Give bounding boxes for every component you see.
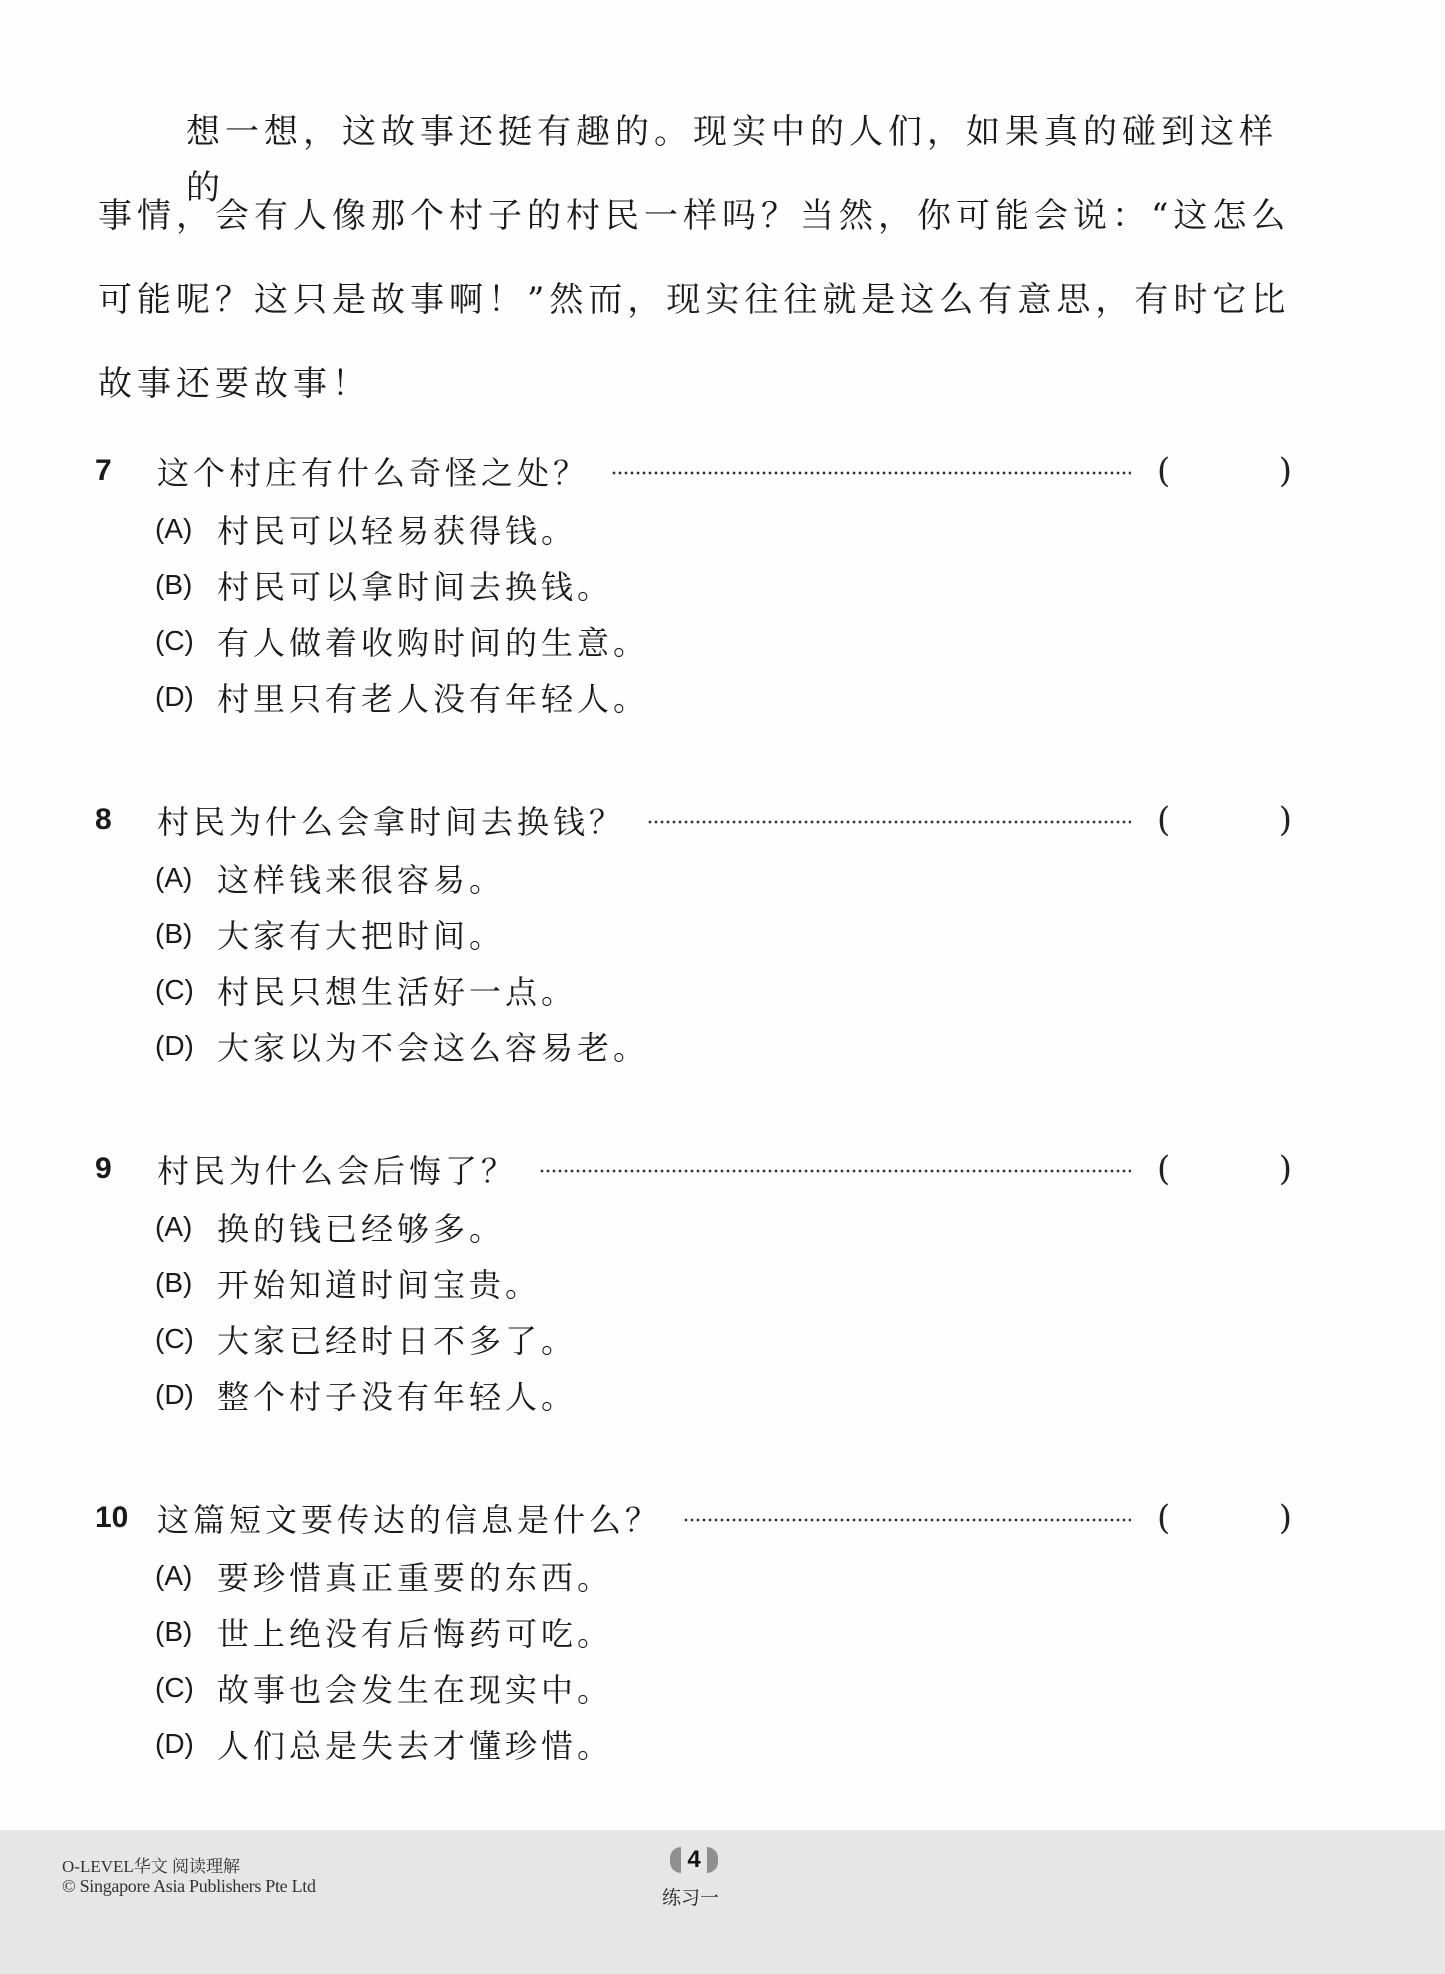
option-label: (A): [155, 513, 217, 545]
answer-close-paren: ): [1279, 1498, 1292, 1538]
option-list: (A)要珍惜真正重要的东西。 (B)世上绝没有后悔药可吃。 (C)故事也会发生在…: [155, 1548, 1345, 1772]
option-list: (A)这样钱来很容易。 (B)大家有大把时间。 (C)村民只想生活好一点。 (D…: [155, 850, 1345, 1074]
option-text: 村里只有老人没有年轻人。: [217, 674, 649, 720]
option-label: (B): [155, 918, 217, 950]
page-number-badge: 4: [664, 1845, 724, 1875]
option-list: (A)村民可以轻易获得钱。 (B)村民可以拿时间去换钱。 (C)有人做着收购时间…: [155, 501, 1345, 725]
option-text: 大家有大把时间。: [217, 911, 505, 957]
option-text: 要珍惜真正重要的东西。: [217, 1553, 613, 1599]
question-7: 7 这个村庄有什么奇怪之处？ ( ) (A)村民可以轻易获得钱。 (B)村民可以…: [95, 443, 1345, 725]
option-text: 村民可以轻易获得钱。: [217, 506, 577, 552]
question-text: 村民为什么会后悔了？: [157, 1146, 517, 1192]
option-label: (B): [155, 1616, 217, 1648]
copyright-notice: © Singapore Asia Publishers Pte Ltd: [62, 1876, 316, 1897]
section-label: 练习一: [662, 1883, 719, 1910]
question-number: 7: [95, 454, 157, 488]
passage-line: 故事还要故事！: [98, 356, 371, 412]
answer-blank[interactable]: ( ): [1157, 1498, 1292, 1538]
option-c[interactable]: (C)有人做着收购时间的生意。: [155, 613, 1345, 669]
answer-close-paren: ): [1279, 1149, 1292, 1189]
question-stem: 9 村民为什么会后悔了？ ( ): [95, 1141, 1345, 1197]
question-number: 10: [95, 1501, 157, 1535]
answer-open-paren: (: [1157, 1498, 1170, 1538]
option-text: 开始知道时间宝贵。: [217, 1260, 541, 1306]
answer-open-paren: (: [1157, 1149, 1170, 1189]
option-text: 村民只想生活好一点。: [217, 967, 577, 1013]
option-text: 整个村子没有年轻人。: [217, 1372, 577, 1418]
option-text: 世上绝没有后悔药可吃。: [217, 1609, 613, 1655]
question-text: 村民为什么会拿时间去换钱？: [157, 797, 625, 843]
option-list: (A)换的钱已经够多。 (B)开始知道时间宝贵。 (C)大家已经时日不多了。 (…: [155, 1199, 1345, 1423]
answer-blank[interactable]: ( ): [1157, 1149, 1292, 1189]
option-label: (D): [155, 1728, 217, 1760]
option-label: (C): [155, 625, 217, 657]
dotted-leader: [647, 820, 1131, 824]
option-label: (A): [155, 1211, 217, 1243]
option-a[interactable]: (A)换的钱已经够多。: [155, 1199, 1345, 1255]
option-text: 这样钱来很容易。: [217, 855, 505, 901]
answer-close-paren: ): [1279, 800, 1292, 840]
question-stem: 7 这个村庄有什么奇怪之处？ ( ): [95, 443, 1345, 499]
page-number: 4: [687, 1846, 700, 1874]
option-text: 人们总是失去才懂珍惜。: [217, 1721, 613, 1767]
option-d[interactable]: (D)整个村子没有年轻人。: [155, 1367, 1345, 1423]
option-b[interactable]: (B)村民可以拿时间去换钱。: [155, 557, 1345, 613]
dotted-leader: [683, 1518, 1131, 1522]
option-label: (D): [155, 1379, 217, 1411]
answer-close-paren: ): [1279, 451, 1292, 491]
option-b[interactable]: (B)开始知道时间宝贵。: [155, 1255, 1345, 1311]
answer-blank[interactable]: ( ): [1157, 451, 1292, 491]
option-label: (C): [155, 974, 217, 1006]
dotted-leader: [611, 471, 1131, 475]
question-number: 8: [95, 803, 157, 837]
page-footer: O-LEVEL华文 阅读理解 © Singapore Asia Publishe…: [0, 1830, 1445, 1974]
option-label: (D): [155, 681, 217, 713]
option-label: (B): [155, 569, 217, 601]
question-text: 这篇短文要传达的信息是什么？: [157, 1495, 661, 1541]
option-label: (A): [155, 1560, 217, 1592]
passage-line: 事情，会有人像那个村子的村民一样吗？当然，你可能会说：“这怎么: [98, 188, 1290, 244]
option-text: 村民可以拿时间去换钱。: [217, 562, 613, 608]
option-label: (C): [155, 1672, 217, 1704]
worksheet-page: 想一想，这故事还挺有趣的。现实中的人们，如果真的碰到这样的 事情，会有人像那个村…: [0, 0, 1445, 1830]
question-8: 8 村民为什么会拿时间去换钱？ ( ) (A)这样钱来很容易。 (B)大家有大把…: [95, 792, 1345, 1074]
question-stem: 10 这篇短文要传达的信息是什么？ ( ): [95, 1490, 1345, 1546]
option-text: 有人做着收购时间的生意。: [217, 618, 649, 664]
option-a[interactable]: (A)要珍惜真正重要的东西。: [155, 1548, 1345, 1604]
option-label: (A): [155, 862, 217, 894]
option-d[interactable]: (D)人们总是失去才懂珍惜。: [155, 1716, 1345, 1772]
option-d[interactable]: (D)村里只有老人没有年轻人。: [155, 669, 1345, 725]
option-c[interactable]: (C)村民只想生活好一点。: [155, 962, 1345, 1018]
page-tab-left-icon: [670, 1847, 681, 1873]
book-title: O-LEVEL华文 阅读理解: [62, 1852, 240, 1877]
answer-open-paren: (: [1157, 800, 1170, 840]
question-number: 9: [95, 1152, 157, 1186]
option-text: 大家已经时日不多了。: [217, 1316, 577, 1362]
option-d[interactable]: (D)大家以为不会这么容易老。: [155, 1018, 1345, 1074]
option-b[interactable]: (B)世上绝没有后悔药可吃。: [155, 1604, 1345, 1660]
option-text: 大家以为不会这么容易老。: [217, 1023, 649, 1069]
option-label: (C): [155, 1323, 217, 1355]
option-text: 换的钱已经够多。: [217, 1204, 505, 1250]
question-9: 9 村民为什么会后悔了？ ( ) (A)换的钱已经够多。 (B)开始知道时间宝贵…: [95, 1141, 1345, 1423]
option-label: (D): [155, 1030, 217, 1062]
option-label: (B): [155, 1267, 217, 1299]
page-tab-right-icon: [707, 1847, 718, 1873]
option-a[interactable]: (A)这样钱来很容易。: [155, 850, 1345, 906]
option-c[interactable]: (C)故事也会发生在现实中。: [155, 1660, 1345, 1716]
passage-line: 可能呢？这只是故事啊！”然而，现实往往就是这么有意思，有时它比: [98, 272, 1290, 328]
dotted-leader: [539, 1169, 1131, 1173]
option-text: 故事也会发生在现实中。: [217, 1665, 613, 1711]
question-stem: 8 村民为什么会拿时间去换钱？ ( ): [95, 792, 1345, 848]
question-text: 这个村庄有什么奇怪之处？: [157, 448, 589, 494]
answer-blank[interactable]: ( ): [1157, 800, 1292, 840]
option-b[interactable]: (B)大家有大把时间。: [155, 906, 1345, 962]
option-c[interactable]: (C)大家已经时日不多了。: [155, 1311, 1345, 1367]
answer-open-paren: (: [1157, 451, 1170, 491]
question-10: 10 这篇短文要传达的信息是什么？ ( ) (A)要珍惜真正重要的东西。 (B)…: [95, 1490, 1345, 1772]
option-a[interactable]: (A)村民可以轻易获得钱。: [155, 501, 1345, 557]
